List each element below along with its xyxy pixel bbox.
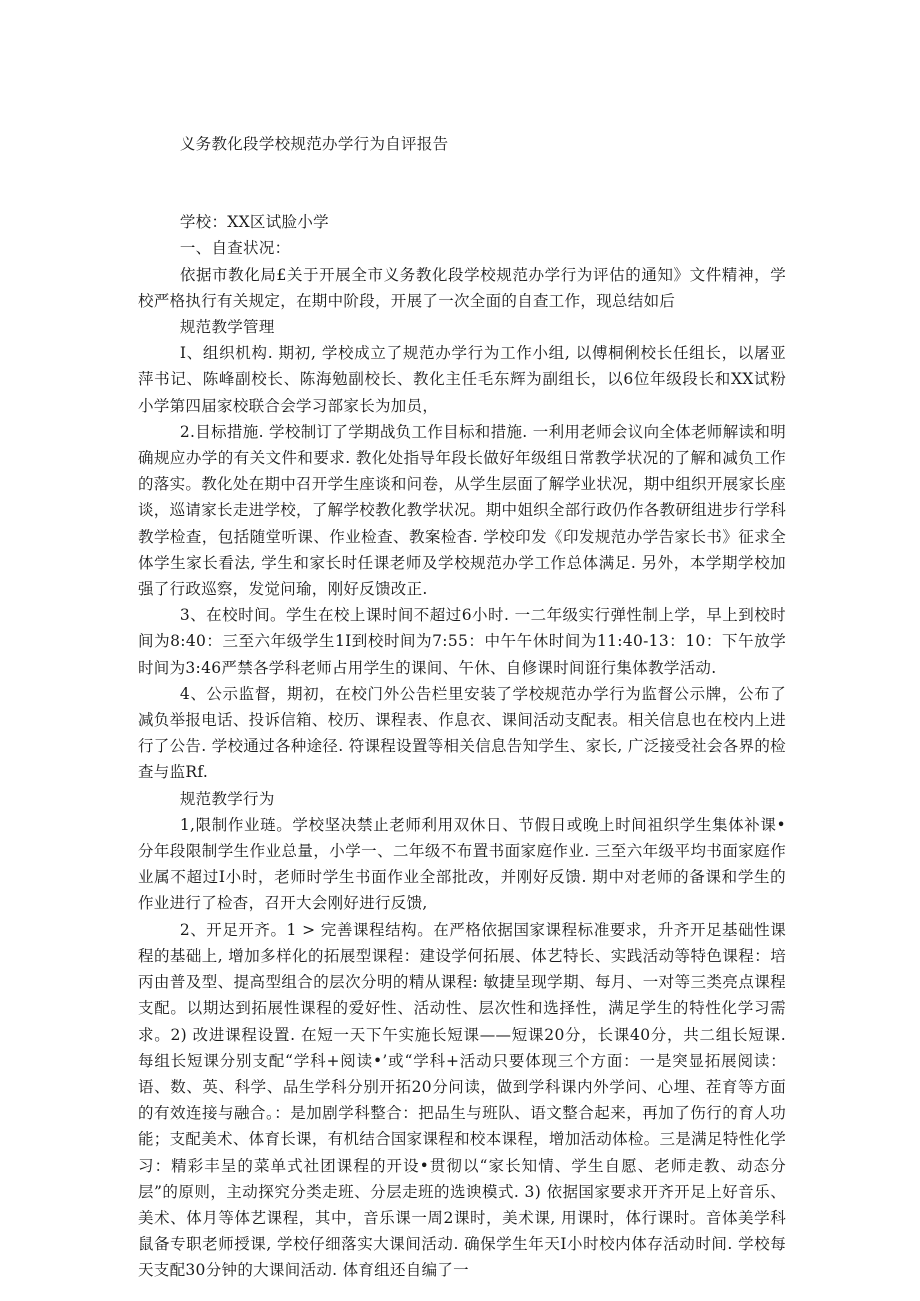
- subsection-heading-behavior: 规范教学行为: [138, 786, 786, 812]
- management-item-2: 2.目标措施. 学校制订了学期战负工作目标和措施. 一利用老师会议向全体老师解读…: [138, 419, 786, 602]
- section-heading-self-check: 一、自查状况：: [138, 235, 786, 261]
- document-title: 义务教化段学校规范办学行为自评报告: [138, 131, 786, 157]
- school-line: 学校：XX区试脸小学: [138, 209, 786, 235]
- management-item-3: 3、在校时间。学生在校上课时间不超过6小时. 一二年级实行弹性制上学，早上到校时…: [138, 602, 786, 681]
- spacer: [138, 183, 786, 209]
- intro-paragraph: 依据市教化局£关于开展全市义务教化段学校规范办学行为评估的通知》文件精神，学校严…: [138, 262, 786, 314]
- behavior-item-1: 1,限制作业琏。学校坚决禁止老师利用双休日、节假日或晚上时间祖织学生集体补课•分…: [138, 812, 786, 917]
- management-item-4: 4、公示监督，期初，在校门外公告栏里安装了学校规范办学行为监督公示牌，公布了减负…: [138, 681, 786, 786]
- subsection-heading-management: 规范教学管理: [138, 314, 786, 340]
- document-page: 义务教化段学校规范办学行为自评报告 学校：XX区试脸小学 一、自查状况： 依据市…: [138, 131, 786, 1284]
- behavior-item-2: 2、开足开齐。1 > 完善课程结构。在严格依据国家课程标准要求，升齐开足基础性课…: [138, 917, 786, 1284]
- management-item-1: I、组织机构. 期初, 学校成立了规范办学行为工作小组, 以傅桐俐校长任组长，以…: [138, 340, 786, 419]
